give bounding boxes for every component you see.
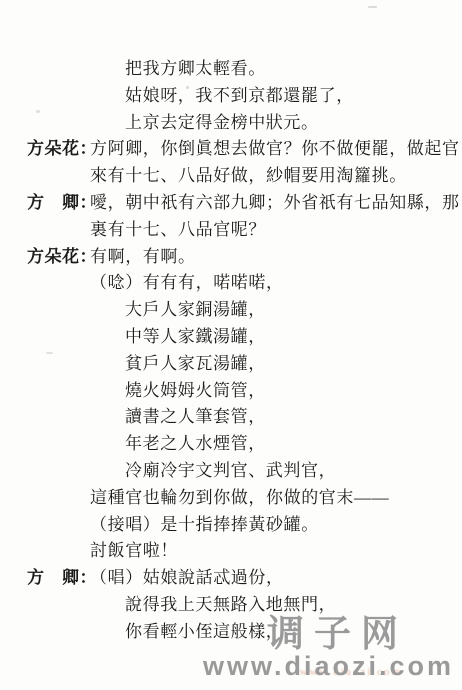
script-line: 方朵花：方阿卿，你倒眞想去做官？你不做便罷，做起官 [0, 136, 462, 163]
line-text: 貧戶人家瓦湯罐， [90, 351, 266, 378]
scan-speck [368, 6, 377, 8]
line-text: 這種官也輪勿到你做，你做的官末—— [90, 485, 389, 512]
line-text: 姑娘呀，我不到京都還罷了， [90, 83, 354, 110]
scan-speck [186, 86, 189, 89]
script-line: 裏有十七、八品官呢？ [0, 217, 462, 244]
line-text: 大戶人家銅湯罐， [90, 297, 266, 324]
script-line: 中等人家鐵湯罐， [0, 324, 462, 351]
line-text: 把我方卿太輕看。 [90, 56, 266, 83]
scanned-script-page: 把我方卿太輕看。姑娘呀，我不到京都還罷了，上京去定得金榜中狀元。方朵花：方阿卿，… [0, 0, 462, 690]
line-text: 讀書之人筆套管， [90, 404, 266, 431]
script-line: 把我方卿太輕看。 [0, 56, 462, 83]
script-line: （唸）有有有，喏喏喏， [0, 270, 462, 297]
script-line: 燒火姆姆火筒管， [0, 378, 462, 405]
script-body: 把我方卿太輕看。姑娘呀，我不到京都還罷了，上京去定得金榜中狀元。方朵花：方阿卿，… [0, 56, 462, 646]
script-line: 方 卿：（唱）姑娘說話忒過份， [0, 565, 462, 592]
scan-speck [46, 352, 53, 354]
line-text: 上京去定得金榜中狀元。 [90, 110, 319, 137]
line-text: （接唱）是十指捧捧黃砂罐。 [90, 512, 319, 539]
speaker-label: 方朵花： [27, 244, 90, 271]
script-line: 冷廟冷宇文判官、武判官， [0, 458, 462, 485]
line-text: 燒火姆姆火筒管， [90, 378, 266, 405]
script-line: 上京去定得金榜中狀元。 [0, 110, 462, 137]
script-line: 來有十七、八品好做，紗帽要用淘籮挑。 [0, 163, 462, 190]
script-line: 姑娘呀，我不到京都還罷了， [0, 83, 462, 110]
line-text: 裏有十七、八品官呢？ [90, 217, 266, 244]
script-line: 方朵花：有啊，有啊。 [0, 244, 462, 271]
line-text: 有啊，有啊。 [90, 244, 196, 271]
line-text: 來有十七、八品好做，紗帽要用淘籮挑。 [90, 163, 407, 190]
speaker-label: 方 卿： [27, 190, 90, 217]
line-text: 討飯官啦！ [90, 538, 178, 565]
speaker-label: 方 卿： [27, 565, 90, 592]
script-line: 讀書之人筆套管， [0, 404, 462, 431]
script-line: 這種官也輪勿到你做，你做的官末—— [0, 485, 462, 512]
script-line: （接唱）是十指捧捧黃砂罐。 [0, 512, 462, 539]
watermark-site-url: www.diaozi.com [203, 652, 454, 682]
watermark: 调子网 www.diaozi.com [203, 615, 454, 682]
script-line: 年老之人水煙管， [0, 431, 462, 458]
line-text: 年老之人水煙管， [90, 431, 266, 458]
scan-speck [36, 110, 40, 113]
script-line: 方 卿：噯，朝中祇有六部九卿；外省祇有七品知縣，那 [0, 190, 462, 217]
line-text: 噯，朝中祇有六部九卿；外省祇有七品知縣，那 [90, 190, 460, 217]
line-text: 冷廟冷宇文判官、武判官， [90, 458, 336, 485]
line-text: （唸）有有有，喏喏喏， [90, 270, 284, 297]
script-line: 討飯官啦！ [0, 538, 462, 565]
watermark-site-name: 调子网 [203, 615, 408, 652]
line-text: （唱）姑娘說話忒過份， [90, 565, 284, 592]
line-text: 方阿卿，你倒眞想去做官？你不做便罷，做起官 [90, 136, 460, 163]
speaker-label: 方朵花： [27, 136, 90, 163]
script-line: 貧戶人家瓦湯罐， [0, 351, 462, 378]
script-line: 大戶人家銅湯罐， [0, 297, 462, 324]
line-text: 中等人家鐵湯罐， [90, 324, 266, 351]
